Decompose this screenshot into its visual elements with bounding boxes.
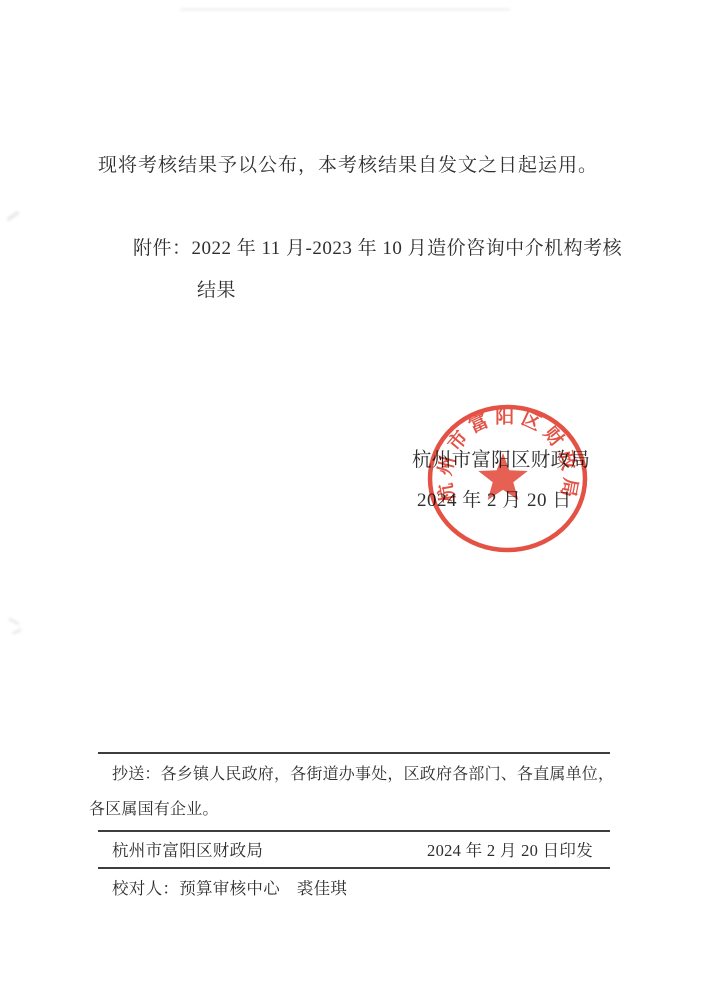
attachment-line-continuation: 结果 [197,280,236,303]
scan-artifact [12,628,22,635]
scan-artifact [180,8,510,11]
proofreader-line: 校对人：预算审核中心 裘佳琪 [112,879,347,899]
print-date: 2024 年 2 月 20 日印发 [427,841,593,861]
document-page: 现将考核结果予以公布，本考核结果自发文之日起运用。 附件：2022 年 11 月… [0,0,708,1000]
official-seal: 杭州市富阳区财政局 [424,399,592,557]
footer-top-divider [98,752,610,754]
attachment-line: 附件：2022 年 11 月-2023 年 10 月造价咨询中介机构考核 [133,238,622,261]
seal-star-icon [478,453,527,500]
cc-list-line2: 各区属国有企业。 [89,800,219,819]
scan-artifact [6,210,20,221]
footer-bottom-divider [98,867,610,869]
issuing-organization: 杭州市富阳区财政局 [112,841,263,861]
scan-artifact [8,617,20,625]
cc-list-line1: 抄送：各乡镇人民政府，各街道办事处，区政府各部门、各直属单位， [112,765,614,784]
body-paragraph: 现将考核结果予以公布，本考核结果自发文之日起运用。 [98,155,598,178]
footer-middle-divider [98,830,610,832]
